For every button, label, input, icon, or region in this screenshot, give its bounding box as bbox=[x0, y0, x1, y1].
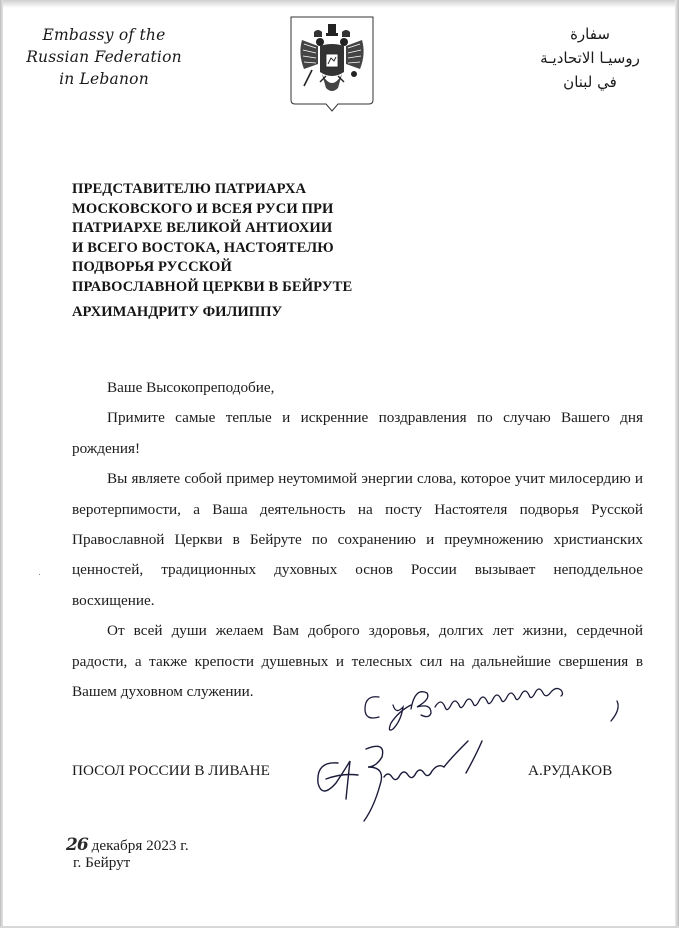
addressee-line-2: МОСКОВСКОГО И ВСЕЯ РУСИ ПРИ bbox=[72, 200, 352, 220]
letterhead-arabic-line-3: في لبنان bbox=[520, 70, 660, 94]
scan-edge-left bbox=[0, 0, 3, 928]
letterhead-english-line-1: Embassy of the bbox=[14, 24, 194, 46]
scan-edge-top bbox=[0, 0, 679, 8]
recipient-name: АРХИМАНДРИТУ ФИЛИППУ bbox=[72, 303, 282, 323]
signature bbox=[310, 733, 510, 823]
addressee-line-5: ПОДВОРЬЯ РУССКОЙ bbox=[72, 258, 352, 278]
addressee-block: ПРЕДСТАВИТЕЛЮ ПАТРИАРХА МОСКОВСКОГО И ВС… bbox=[72, 180, 352, 298]
salutation: Ваше Высокопреподобие, bbox=[72, 373, 643, 403]
handwritten-closing bbox=[355, 683, 630, 733]
date-day-handwritten: 26 bbox=[66, 835, 88, 855]
date-month-year: декабря 2023 г. bbox=[92, 837, 189, 854]
letterhead-arabic: سفارة روسيـا الاتحاديـة في لبنان bbox=[520, 22, 660, 94]
body-paragraph-1: Примите самые теплые и искренние поздрав… bbox=[72, 403, 643, 464]
scan-edge-right bbox=[675, 0, 679, 928]
coat-of-arms-emblem-icon bbox=[288, 14, 378, 114]
letter-body: Ваше Высокопреподобие, Примите самые теп… bbox=[72, 373, 643, 707]
addressee-line-3: ПАТРИАРХЕ ВЕЛИКОЙ АНТИОХИИ bbox=[72, 219, 352, 239]
addressee-line-6: ПРАВОСЛАВНОЙ ЦЕРКВИ В БЕЙРУТЕ bbox=[72, 278, 352, 298]
scan-speck bbox=[39, 574, 40, 575]
signer-title: ПОСОЛ РОССИИ В ЛИВАНЕ bbox=[72, 761, 270, 781]
body-paragraph-2: Вы являете собой пример неутомимой энерг… bbox=[72, 464, 643, 616]
letterhead-arabic-line-2: روسيـا الاتحاديـة bbox=[520, 46, 660, 70]
letter-page: Embassy of the Russian Federation in Leb… bbox=[0, 0, 679, 928]
addressee-line-1: ПРЕДСТАВИТЕЛЮ ПАТРИАРХА bbox=[72, 180, 352, 200]
letterhead-english-line-2: Russian Federation bbox=[14, 46, 194, 68]
letterhead-english-line-3: in Lebanon bbox=[14, 68, 194, 90]
letterhead-arabic-line-1: سفارة bbox=[520, 22, 660, 46]
signer-name: А.РУДАКОВ bbox=[528, 761, 612, 781]
addressee-line-4: И ВСЕГО ВОСТОКА, НАСТОЯТЕЛЮ bbox=[72, 239, 352, 259]
letterhead-english: Embassy of the Russian Federation in Leb… bbox=[14, 24, 194, 90]
place-line: г. Бейрут bbox=[73, 853, 130, 873]
